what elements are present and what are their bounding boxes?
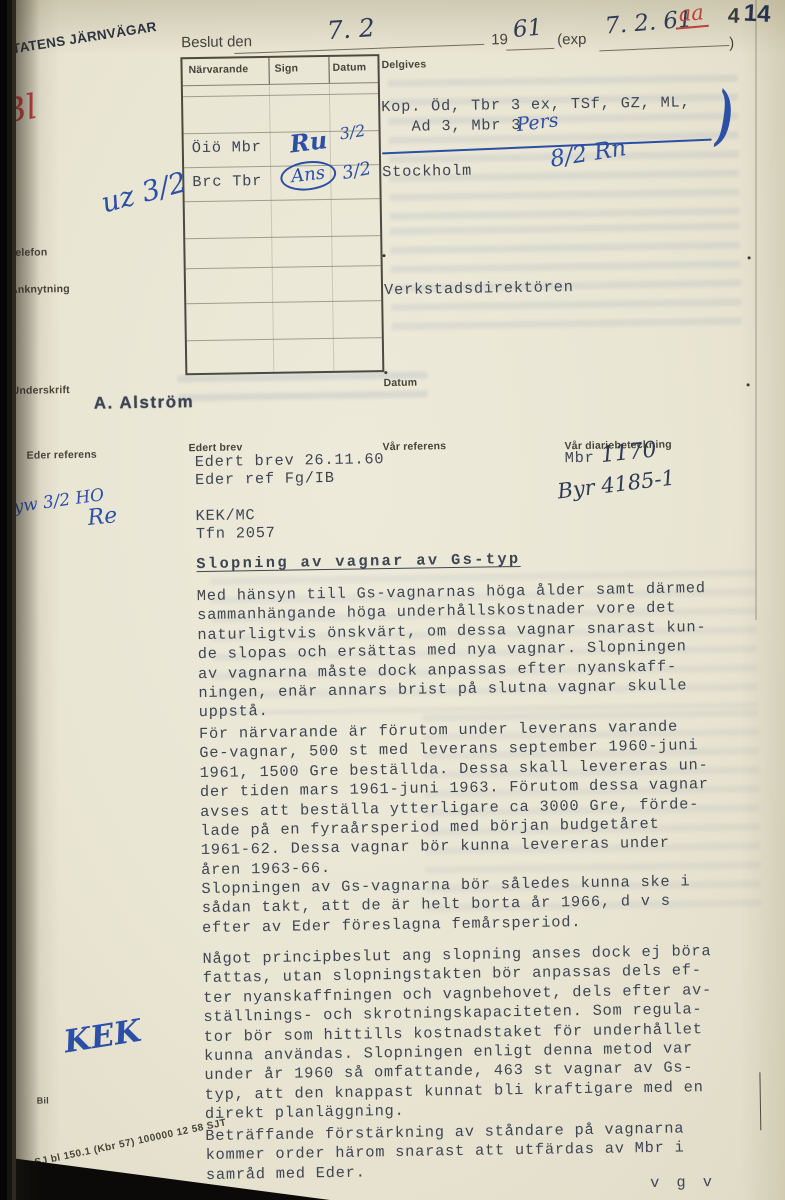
table-row-line [186, 300, 381, 304]
diarie-number-handwritten: 1170 [600, 437, 658, 468]
col-header-sign: Sign [274, 62, 298, 74]
decision-date-rule [234, 44, 484, 54]
year-handwritten: 61 [512, 15, 543, 43]
page-number-pen: 14 [743, 0, 771, 29]
paragraph-1: Med hänsyn till Gs-vagnarnas höga ålder … [197, 578, 774, 723]
turn-over-mark: v g v [650, 1173, 716, 1193]
year-rule [506, 48, 554, 51]
paragraph-2: För närvarande är förutom under leverans… [199, 716, 776, 880]
binding-shadow [16, 0, 40, 1200]
table-row-line [183, 93, 378, 97]
book-binding-edge [0, 0, 16, 1200]
delgives-underline [382, 139, 712, 155]
paper-crease [755, 0, 757, 620]
paragraph-4: Något principbeslut ang slopning anses d… [202, 941, 780, 1125]
form-print-id: SJ bl 150.1 (Kbr 57) 100000 12 58 SJT [34, 1117, 228, 1168]
dot-mark [383, 254, 386, 257]
col-header-datum: Datum [332, 61, 366, 74]
var-referens-label: Vår referens [382, 440, 446, 453]
delgives-line2-handwritten: Pers [515, 109, 559, 136]
scanned-document-page: STATENS JÄRNVÄGAR Bl Beslut den 7. 2 19 … [0, 0, 785, 1200]
attendee-signature-circled: Ans [279, 158, 338, 193]
delgives-handwritten-date-sign: 8/2 Rn [548, 135, 628, 173]
exp-rule [599, 45, 729, 51]
attendance-table: Närvarande Sign Datum Öiö Mbr Ru 3/2 Brc… [180, 54, 384, 375]
decision-label: Beslut den [181, 33, 252, 51]
letter-title: Slopning av vagnar av Gs-typ [196, 550, 520, 574]
signature-circle: Ans [279, 158, 338, 193]
col-header-narvarande: Närvarande [189, 63, 249, 76]
attendee-sign-date: 3/2 [340, 158, 372, 184]
margin-note-handwritten: uz 3/2 [98, 165, 190, 219]
page-content: STATENS JÄRNVÄGAR Bl Beslut den 7. 2 19 … [0, 0, 785, 1200]
diarie-number-handwritten-2: Byr 4185-1 [556, 465, 676, 503]
red-corner-letters: aa [674, 0, 709, 30]
recipient: Verkstadsdirektören [384, 278, 574, 300]
signature-stamp: A. Alström [94, 392, 195, 414]
attendee-name: Öiö Mbr [192, 138, 262, 159]
exp-label: (exp [557, 31, 586, 48]
decision-date-handwritten: 7. 2 [326, 13, 376, 45]
exp-close-paren: ) [729, 35, 734, 52]
eder-ref-value: Eder ref Fg/IB [195, 469, 335, 491]
dot-mark [748, 256, 751, 259]
year-prefix: 19 [491, 31, 508, 48]
attendee-name: Brc Tbr [192, 172, 262, 193]
table-row-line [183, 82, 378, 86]
dot-mark [384, 371, 387, 374]
table-column-divider [268, 58, 269, 84]
diarie-typed: Mbr [565, 449, 595, 469]
table-row-line [186, 265, 381, 269]
table-row-line [185, 198, 380, 202]
delgives-line2: Ad 3, Mbr 3 [411, 116, 521, 137]
page-number-pencil: 4 [727, 4, 740, 28]
table-column-divider-faint [269, 84, 275, 372]
table-row-line [187, 337, 382, 341]
table-row-line [185, 235, 380, 239]
margin-handwriting-2: Re [86, 503, 118, 531]
table-column-divider-faint [329, 83, 335, 371]
attendee-sign-date: 3/2 [338, 121, 366, 144]
handler-phone: Tfn 2057 [196, 524, 276, 545]
delgives-city: Stockholm [382, 162, 472, 183]
attendee-signature: Ru [288, 125, 329, 158]
table-column-divider [328, 57, 329, 83]
delgives-bracket: ) [715, 75, 735, 156]
delgives-label: Delgives [381, 58, 426, 71]
paragraph-3: Slopningen av Gs-vagnarna bör således ku… [201, 871, 777, 938]
datum-label: Datum [383, 377, 417, 390]
kek-handwriting: KEK [61, 1013, 143, 1061]
dot-mark [747, 383, 750, 386]
